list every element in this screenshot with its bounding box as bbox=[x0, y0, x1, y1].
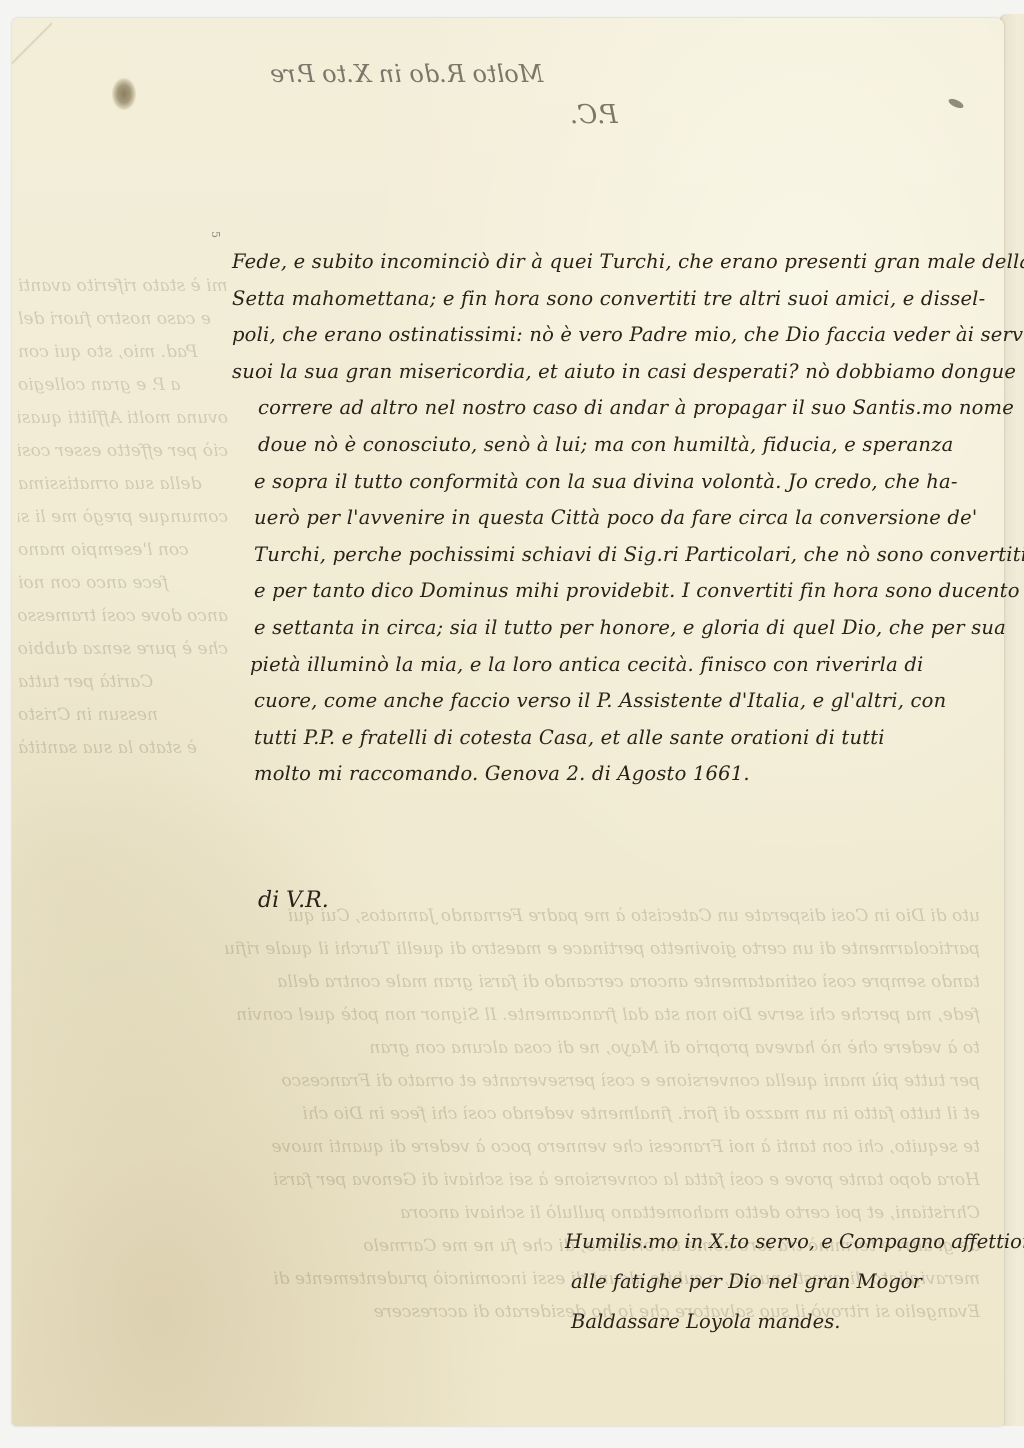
folio-number: 5 bbox=[209, 231, 222, 238]
mirrored-initials: P.C. bbox=[570, 100, 618, 130]
bleed-line: Hora dopo tante prove e così fatta la co… bbox=[20, 1164, 980, 1197]
mirrored-address-note: Molto R.do in X.to P.re bbox=[270, 60, 543, 88]
signer-name: Baldassare Loyola mandes. bbox=[565, 1302, 1024, 1342]
bleed-line: nessun in Cristo bbox=[18, 699, 228, 732]
body-line: Setta mahomettana; e fin hora sono conve… bbox=[232, 281, 1022, 318]
body-line: tutti P.P. e fratelli di cotesta Casa, e… bbox=[232, 720, 1022, 757]
bleed-line: anco dove così tramesso bbox=[18, 600, 228, 633]
bleed-line: uto di Dio in Cosi disperate un Catecist… bbox=[20, 900, 980, 933]
bleed-line: Carità per tutta bbox=[18, 666, 228, 699]
bleed-line: a P. e gran collegio bbox=[18, 369, 228, 402]
bleed-through-left-margin: mi è stato riferito avanti e caso nostro… bbox=[18, 270, 228, 765]
bleed-line: ciò per effetto esser cosi bbox=[18, 435, 228, 468]
body-line: e settanta in circa; sia il tutto per ho… bbox=[232, 610, 1022, 647]
body-line: poli, che erano ostinatissimi: nò è vero… bbox=[232, 317, 1022, 354]
body-line: pietà illuminò la mia, e la loro antica … bbox=[232, 647, 1022, 684]
signature-line: Humilis.mo in X.to servo, e Compagno aff… bbox=[565, 1222, 1024, 1262]
bleed-line: Pad. mio, sto qui con bbox=[18, 336, 228, 369]
body-line: doue nò è conosciuto, senò à lui; ma con… bbox=[232, 427, 1022, 464]
bleed-line: fede, ma perche chi serve Dio non sta da… bbox=[20, 999, 980, 1032]
bleed-line: e caso nostro fuori del bbox=[18, 303, 228, 336]
bleed-line: fece anco con noi bbox=[18, 567, 228, 600]
bleed-line: mi è stato riferito avanti bbox=[18, 270, 228, 303]
body-line: Turchi, perche pochissimi schiavi di Sig… bbox=[232, 537, 1022, 574]
folded-corner bbox=[12, 18, 52, 68]
body-line: cuore, come anche faccio verso il P. Ass… bbox=[232, 683, 1022, 720]
bleed-line: che è pure senza dubbio bbox=[18, 633, 228, 666]
bleed-line: to à vedere chè nò haveva proprio di May… bbox=[20, 1032, 980, 1065]
body-line: suoi la sua gran misericordia, et aiuto … bbox=[232, 354, 1022, 391]
bleed-line: con l'esempio mano bbox=[18, 534, 228, 567]
body-line: uerò per l'avvenire in questa Città poco… bbox=[232, 500, 1022, 537]
signature-line: alle fatighe per Dio nel gran Mogor bbox=[565, 1262, 1024, 1302]
body-line: molto mi raccomando. Genova 2. di Agosto… bbox=[232, 756, 1022, 793]
bleed-line: et il tutto fatto in un mazzo di fiori. … bbox=[20, 1098, 980, 1131]
bleed-line: è stato la sua santità bbox=[18, 732, 228, 765]
wax-seal-stain bbox=[112, 78, 136, 110]
closing-salutation: di V.R. bbox=[258, 888, 329, 913]
body-line: e sopra il tutto conformità con la sua d… bbox=[232, 464, 1022, 501]
bleed-line: te sequito, chi con tanti à noi Francesi… bbox=[20, 1131, 980, 1164]
bleed-line: ovuna molti Afflitti quasi bbox=[18, 402, 228, 435]
bleed-line: della sua ornatissima bbox=[18, 468, 228, 501]
bleed-line: comunque pregò me li siete bbox=[18, 501, 228, 534]
bleed-line: particolarmente di un certo giovinetto p… bbox=[20, 933, 980, 966]
body-line: correre ad altro nel nostro caso di anda… bbox=[232, 390, 1022, 427]
bleed-line: per tutte più mani quella conversione e … bbox=[20, 1065, 980, 1098]
signature-block: Humilis.mo in X.to servo, e Compagno aff… bbox=[565, 1222, 1024, 1342]
body-line: e per tanto dico Dominus mihi providebit… bbox=[232, 573, 1022, 610]
letter-body: Fede, e subito incominciò dir à quei Tur… bbox=[232, 244, 1022, 793]
bleed-line: tando sempre così ostinatamente ancora c… bbox=[20, 966, 980, 999]
body-line: Fede, e subito incominciò dir à quei Tur… bbox=[232, 244, 1022, 281]
